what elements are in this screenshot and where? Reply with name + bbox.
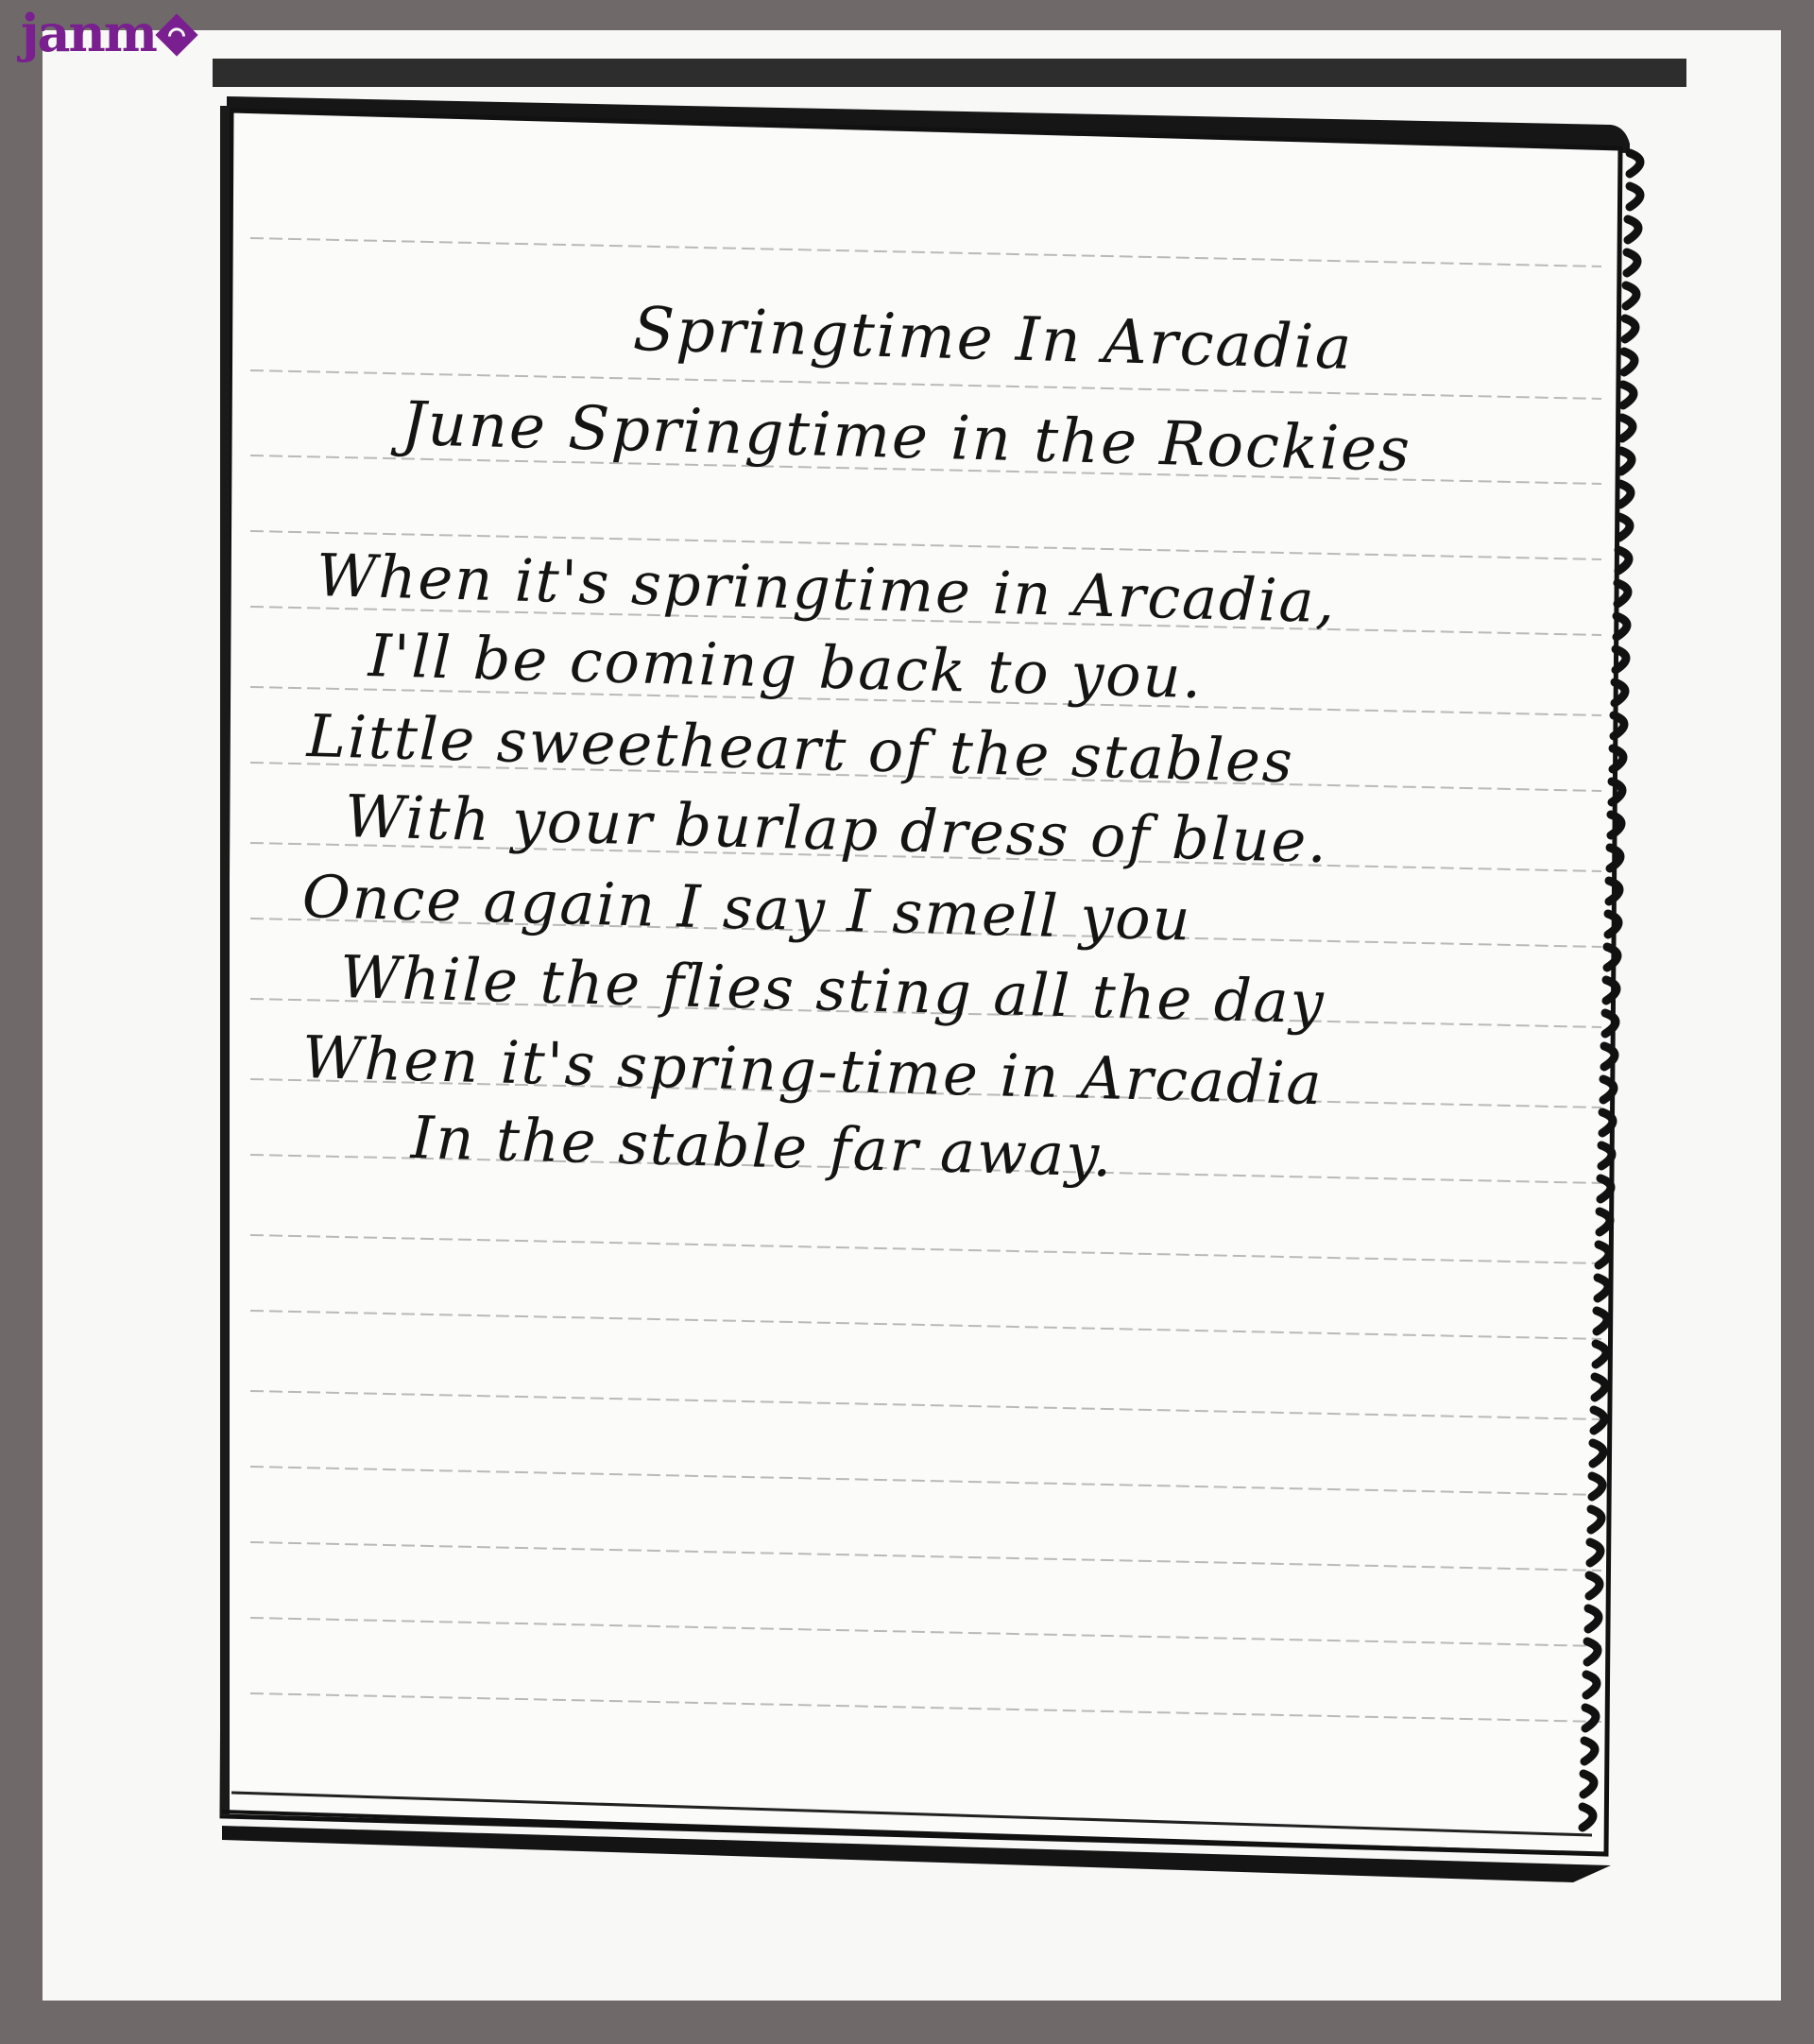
janm-logo: janm — [21, 8, 192, 59]
lyric-line-5: Once again I say I smell you — [301, 862, 1192, 954]
lyric-line-8: In the stable far away. — [410, 1103, 1114, 1190]
lyric-line-4: With your burlap dress of blue. — [344, 782, 1329, 876]
title-line-2: June Springtime in the Rockies — [401, 389, 1412, 486]
handwritten-text: Springtime In Arcadia June Springtime in… — [213, 59, 1705, 1882]
lyric-line-2: I'll be coming back to you. — [368, 621, 1204, 712]
lyric-line-1: When it's springtime in Arcadia, — [316, 541, 1337, 636]
lyric-line-6: While the flies sting all the day — [339, 942, 1326, 1037]
notebook-page: Springtime In Arcadia June Springtime in… — [213, 59, 1705, 1882]
title-line-1: Springtime In Arcadia — [632, 295, 1354, 384]
lyric-line-3: Little sweetheart of the stables — [306, 701, 1295, 796]
diamond-heart-icon — [155, 13, 197, 56]
logo-text: janm — [21, 8, 156, 59]
